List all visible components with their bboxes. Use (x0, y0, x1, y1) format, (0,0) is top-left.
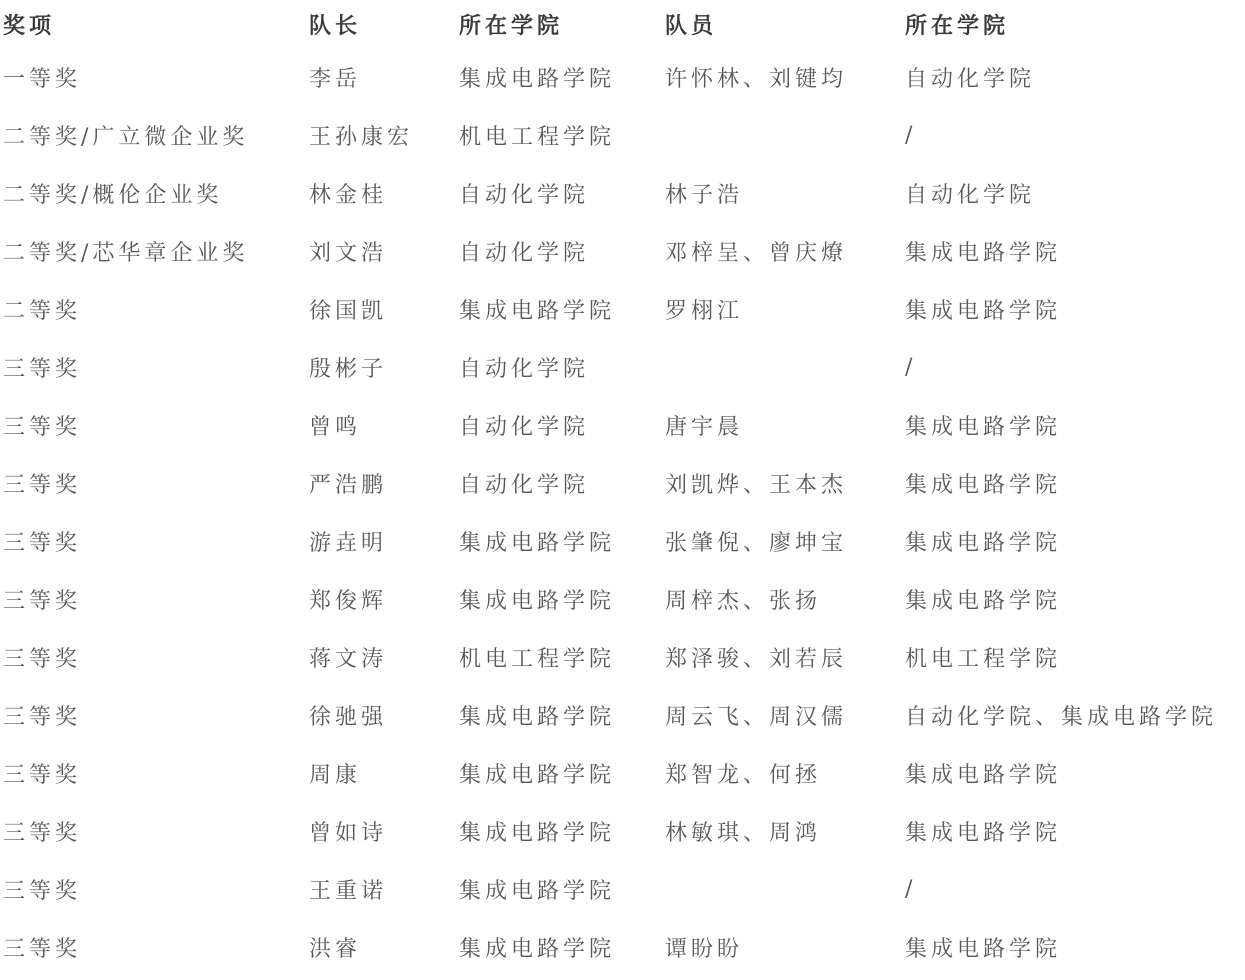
cell-members (665, 106, 905, 164)
cell-members: 张肇倪、廖坤宝 (665, 512, 905, 570)
cell-award: 二等奖/概伦企业奖 (0, 164, 309, 222)
cell-award: 三等奖 (0, 628, 309, 686)
cell-award: 三等奖 (0, 512, 309, 570)
cell-members: 谭盼盼 (665, 918, 905, 976)
cell-award: 三等奖 (0, 686, 309, 744)
cell-members: 郑智龙、何拯 (665, 744, 905, 802)
cell-leader: 殷彬子 (309, 338, 459, 396)
cell-leader-college: 集成电路学院 (459, 686, 665, 744)
cell-leader: 曾如诗 (309, 802, 459, 860)
cell-award: 二等奖/广立微企业奖 (0, 106, 309, 164)
column-header-members: 队员 (665, 0, 905, 48)
cell-leader: 王重诺 (309, 860, 459, 918)
table-body: 一等奖 李岳 集成电路学院 许怀林、刘键均 自动化学院 二等奖/广立微企业奖 王… (0, 48, 1245, 976)
cell-leader-college: 机电工程学院 (459, 106, 665, 164)
cell-award: 三等奖 (0, 396, 309, 454)
cell-leader-college: 集成电路学院 (459, 744, 665, 802)
cell-members: 邓梓呈、曾庆燎 (665, 222, 905, 280)
cell-leader: 周康 (309, 744, 459, 802)
cell-members-college: 集成电路学院 (905, 802, 1245, 860)
table-row: 二等奖/芯华章企业奖 刘文浩 自动化学院 邓梓呈、曾庆燎 集成电路学院 (0, 222, 1245, 280)
column-header-leader-college: 所在学院 (459, 0, 665, 48)
awards-table: 奖项 队长 所在学院 队员 所在学院 一等奖 李岳 集成电路学院 许怀林、刘键均… (0, 0, 1245, 976)
cell-leader: 徐国凯 (309, 280, 459, 338)
cell-members-college: 机电工程学院 (905, 628, 1245, 686)
cell-leader: 洪睿 (309, 918, 459, 976)
cell-members: 许怀林、刘键均 (665, 48, 905, 106)
cell-members-college: 集成电路学院 (905, 396, 1245, 454)
table-row: 三等奖 蒋文涛 机电工程学院 郑泽骏、刘若辰 机电工程学院 (0, 628, 1245, 686)
cell-members-college: 集成电路学院 (905, 918, 1245, 976)
cell-members-college: / (905, 860, 1245, 918)
column-header-leader: 队长 (309, 0, 459, 48)
cell-members: 郑泽骏、刘若辰 (665, 628, 905, 686)
header-row: 奖项 队长 所在学院 队员 所在学院 (0, 0, 1245, 48)
table-row: 二等奖/广立微企业奖 王孙康宏 机电工程学院 / (0, 106, 1245, 164)
table-row: 三等奖 徐驰强 集成电路学院 周云飞、周汉儒 自动化学院、集成电路学院 (0, 686, 1245, 744)
cell-members (665, 860, 905, 918)
cell-leader-college: 集成电路学院 (459, 918, 665, 976)
cell-members-college: 自动化学院、集成电路学院 (905, 686, 1245, 744)
table-row: 三等奖 郑俊辉 集成电路学院 周梓杰、张扬 集成电路学院 (0, 570, 1245, 628)
cell-leader-college: 集成电路学院 (459, 860, 665, 918)
table-row: 三等奖 游垚明 集成电路学院 张肇倪、廖坤宝 集成电路学院 (0, 512, 1245, 570)
cell-award: 三等奖 (0, 918, 309, 976)
table-row: 三等奖 周康 集成电路学院 郑智龙、何拯 集成电路学院 (0, 744, 1245, 802)
cell-award: 三等奖 (0, 802, 309, 860)
cell-leader-college: 集成电路学院 (459, 570, 665, 628)
cell-members: 周梓杰、张扬 (665, 570, 905, 628)
cell-leader: 徐驰强 (309, 686, 459, 744)
cell-award: 二等奖/芯华章企业奖 (0, 222, 309, 280)
cell-members-college: 集成电路学院 (905, 570, 1245, 628)
cell-leader-college: 自动化学院 (459, 222, 665, 280)
cell-leader: 郑俊辉 (309, 570, 459, 628)
cell-leader-college: 集成电路学院 (459, 802, 665, 860)
cell-members-college: 自动化学院 (905, 164, 1245, 222)
cell-leader: 游垚明 (309, 512, 459, 570)
cell-members-college: / (905, 338, 1245, 396)
cell-leader-college: 机电工程学院 (459, 628, 665, 686)
cell-members-college: 自动化学院 (905, 48, 1245, 106)
cell-leader-college: 集成电路学院 (459, 280, 665, 338)
cell-award: 一等奖 (0, 48, 309, 106)
cell-award: 三等奖 (0, 454, 309, 512)
column-header-members-college: 所在学院 (905, 0, 1245, 48)
table-row: 三等奖 洪睿 集成电路学院 谭盼盼 集成电路学院 (0, 918, 1245, 976)
cell-award: 三等奖 (0, 338, 309, 396)
cell-leader-college: 自动化学院 (459, 338, 665, 396)
table-row: 三等奖 殷彬子 自动化学院 / (0, 338, 1245, 396)
cell-leader: 王孙康宏 (309, 106, 459, 164)
table-row: 三等奖 曾如诗 集成电路学院 林敏琪、周鸿 集成电路学院 (0, 802, 1245, 860)
cell-leader: 蒋文涛 (309, 628, 459, 686)
cell-members-college: 集成电路学院 (905, 744, 1245, 802)
cell-award: 二等奖 (0, 280, 309, 338)
cell-leader: 刘文浩 (309, 222, 459, 280)
cell-members-college: / (905, 106, 1245, 164)
cell-leader-college: 集成电路学院 (459, 512, 665, 570)
cell-award: 三等奖 (0, 744, 309, 802)
column-header-award: 奖项 (0, 0, 309, 48)
cell-leader-college: 自动化学院 (459, 396, 665, 454)
cell-leader: 李岳 (309, 48, 459, 106)
cell-members-college: 集成电路学院 (905, 222, 1245, 280)
cell-leader: 曾鸣 (309, 396, 459, 454)
table-row: 三等奖 曾鸣 自动化学院 唐宇晨 集成电路学院 (0, 396, 1245, 454)
cell-members: 林子浩 (665, 164, 905, 222)
cell-members: 周云飞、周汉儒 (665, 686, 905, 744)
cell-leader: 林金桂 (309, 164, 459, 222)
cell-award: 三等奖 (0, 570, 309, 628)
cell-members: 刘凯烨、王本杰 (665, 454, 905, 512)
cell-award: 三等奖 (0, 860, 309, 918)
table-row: 三等奖 王重诺 集成电路学院 / (0, 860, 1245, 918)
cell-members-college: 集成电路学院 (905, 512, 1245, 570)
cell-leader: 严浩鹏 (309, 454, 459, 512)
cell-leader-college: 集成电路学院 (459, 48, 665, 106)
cell-members (665, 338, 905, 396)
cell-members-college: 集成电路学院 (905, 280, 1245, 338)
cell-members: 唐宇晨 (665, 396, 905, 454)
table-row: 二等奖/概伦企业奖 林金桂 自动化学院 林子浩 自动化学院 (0, 164, 1245, 222)
cell-members: 林敏琪、周鸿 (665, 802, 905, 860)
cell-members: 罗栩江 (665, 280, 905, 338)
table-row: 三等奖 严浩鹏 自动化学院 刘凯烨、王本杰 集成电路学院 (0, 454, 1245, 512)
cell-members-college: 集成电路学院 (905, 454, 1245, 512)
cell-leader-college: 自动化学院 (459, 454, 665, 512)
table-row: 二等奖 徐国凯 集成电路学院 罗栩江 集成电路学院 (0, 280, 1245, 338)
cell-leader-college: 自动化学院 (459, 164, 665, 222)
table-row: 一等奖 李岳 集成电路学院 许怀林、刘键均 自动化学院 (0, 48, 1245, 106)
